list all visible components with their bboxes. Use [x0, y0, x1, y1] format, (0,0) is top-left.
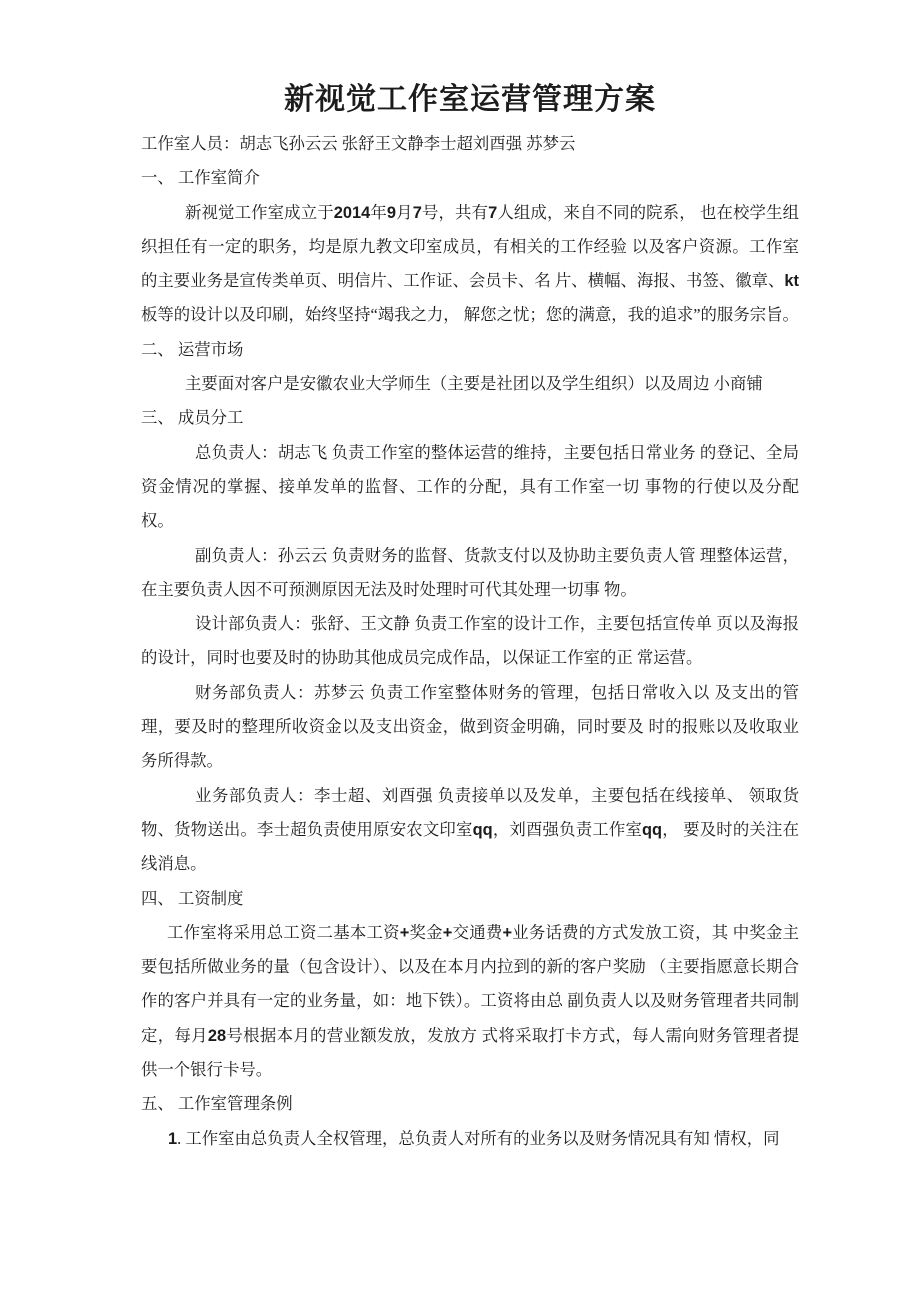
document-body: 工作室人员：胡志飞孙云云 张舒王文静李士超刘酉强 苏梦云一、 工作室简介新视觉工…	[141, 127, 799, 1156]
role-deputy-manager: 副负责人：孙云云 负责财务的监督、货款支付以及协助主要负责人管 理整体运营，在主…	[141, 539, 799, 608]
latin-text: qq	[473, 821, 493, 839]
staff-line: 工作室人员：胡志飞孙云云 张舒王文静李士超刘酉强 苏梦云	[141, 127, 799, 161]
market-paragraph: 主要面对客户是安徽农业大学师生（主要是社团以及学生组织）以及周边 小商铺	[141, 367, 799, 401]
document-page: 新视觉工作室运营管理方案 工作室人员：胡志飞孙云云 张舒王文静李士超刘酉强 苏梦…	[0, 0, 920, 1302]
latin-text: 9	[387, 204, 396, 222]
latin-text: 7	[413, 204, 422, 222]
salary-paragraph: 工作室将采用总工资二基本工资+奖金+交通费+业务话费的方式发放工资，其 中奖金主…	[141, 916, 799, 1087]
role-finance-lead: 财务部负责人：苏梦云 负责工作室整体财务的管理，包括日常收入以 及支出的管理，要…	[141, 676, 799, 779]
intro-paragraph: 新视觉工作室成立于2014年9月7号，共有7人组成，来自不同的院系， 也在校学生…	[141, 196, 799, 333]
role-design-lead: 设计部负责人：张舒、王文静 负责工作室的设计工作，主要包括宣传单 页以及海报的设…	[141, 607, 799, 676]
latin-text: 7	[488, 204, 497, 222]
heading-salary: 四、 工资制度	[141, 882, 799, 916]
latin-text: +	[443, 924, 453, 942]
latin-text: +	[400, 924, 410, 942]
latin-text: 1	[168, 1130, 177, 1148]
latin-text: kt	[784, 272, 799, 290]
heading-studio-intro: 一、 工作室简介	[141, 161, 799, 195]
rule-1: 1. 工作室由总负责人全权管理，总负责人对所有的业务以及财务情况具有知 情权，同	[141, 1122, 799, 1156]
heading-regulations: 五、 工作室管理条例	[141, 1087, 799, 1121]
latin-text: +	[502, 924, 512, 942]
latin-text: qq	[642, 821, 662, 839]
role-general-manager: 总负责人：胡志飞 负责工作室的整体运营的维持，主要包括日常业务 的登记、全局资金…	[141, 436, 799, 539]
role-business-lead: 业务部负责人：李士超、刘酉强 负责接单以及发单，主要包括在线接单、 领取货物、货…	[141, 779, 799, 882]
latin-text: 2014	[334, 204, 370, 222]
heading-market: 二、 运营市场	[141, 333, 799, 367]
document-title: 新视觉工作室运营管理方案	[141, 79, 799, 121]
latin-text: 28	[208, 1027, 226, 1045]
heading-member-division: 三、 成员分工	[141, 401, 799, 435]
